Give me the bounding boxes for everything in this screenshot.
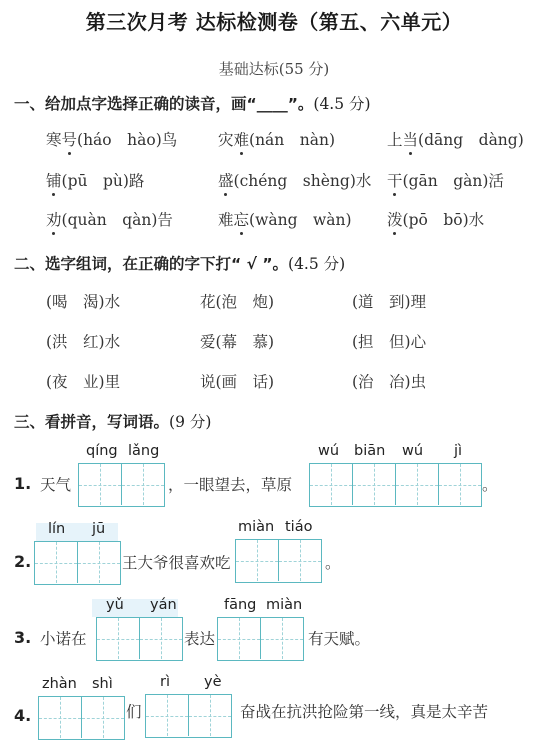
section-2-heading: 二、选字组词，在正确的字下打“ √ ”。(4.5 分) [14,252,345,274]
pinyin-choice-item[interactable]: 盛(chéng shèng)水 [218,169,371,191]
item-prefix: 寒 [46,131,62,149]
pinyin-choice-item[interactable]: 泼(pō bō)水 [387,208,484,230]
word-choice-item[interactable]: (夜 业)里 [46,370,120,392]
grid-cell[interactable] [396,464,439,505]
question-text: 。 [482,473,498,495]
word-choice-item[interactable]: (洪 红)水 [46,330,120,352]
dotted-char: 号 [62,128,78,150]
question-number: 4. [14,706,31,725]
dotted-char: 泼 [387,208,403,230]
item-prefix: 上 [387,131,403,149]
pinyin-choice-item[interactable]: 难忘(wàng wàn) [218,208,352,230]
writing-grid[interactable] [145,694,232,738]
dotted-char: 干 [387,169,403,191]
section-3-heading: 三、看拼音，写词语。(9 分) [14,410,211,432]
question-text: 王大爷很喜欢吃 [122,551,231,573]
grid-cell[interactable] [279,540,321,581]
pinyin-label: shì [92,676,113,692]
grid-cell[interactable] [146,695,189,736]
question-number: 2. [14,552,31,571]
grid-cell[interactable] [189,695,231,736]
pinyin-choice-item[interactable]: 劝(quàn qàn)告 [46,208,173,230]
pinyin-options: (chéng shèng) [234,172,356,190]
section-1-heading: 一、给加点字选择正确的读音，画“____”。(4.5 分) [14,92,371,114]
question-text: 天气 [40,473,71,495]
dotted-char: 难 [234,128,250,150]
dotted-char: 当 [403,128,419,150]
page-title: 第三次月考 达标检测卷（第五、六单元） [0,6,548,35]
pinyin-label: lǎng [128,443,159,459]
section-2-points: (4.5 分) [288,255,345,273]
grid-cell[interactable] [78,542,120,583]
pinyin-label: miàn [238,519,274,535]
writing-grid[interactable] [38,696,125,740]
grid-cell[interactable] [236,540,279,581]
grid-cell[interactable] [140,618,182,659]
dotted-char: 铺 [46,169,62,191]
pinyin-label: rì [160,674,170,690]
question-text: 奋战在抗洪抢险第一线，真是太辛苦 [240,700,488,722]
pinyin-label: yán [150,597,177,613]
dotted-char: 盛 [218,169,234,191]
pinyin-options: (nán nàn) [249,131,335,149]
writing-grid[interactable] [34,541,121,585]
pinyin-label: biān [354,443,385,459]
item-suffix: 活 [488,172,504,190]
word-choice-item[interactable]: (喝 渴)水 [46,290,120,312]
grid-cell[interactable] [97,618,140,659]
item-suffix: 告 [157,211,173,229]
writing-grid[interactable] [235,539,322,583]
section-1-heading-text: 一、给加点字选择正确的读音，画“____”。 [14,95,313,113]
word-choice-item[interactable]: (治 冶)虫 [352,370,426,392]
pinyin-label: yè [204,674,222,690]
grid-cell[interactable] [39,697,82,738]
pinyin-label: jū [92,521,105,537]
pinyin-label: wú [402,443,423,459]
question-number: 1. [14,474,31,493]
pinyin-choice-item[interactable]: 寒号(háo hào)鸟 [46,128,177,150]
grid-cell[interactable] [79,464,122,505]
grid-cell[interactable] [82,697,124,738]
word-choice-item[interactable]: (道 到)理 [352,290,426,312]
pinyin-options: (wàng wàn) [249,211,352,229]
pinyin-label: jì [454,443,462,459]
pinyin-label: zhàn [42,676,77,692]
section-3-points: (9 分) [169,413,211,431]
question-text: 表达 [184,627,215,649]
section-3-heading-text: 三、看拼音，写词语。 [14,413,169,431]
item-suffix: 水 [469,211,485,229]
item-prefix: 灾 [218,131,234,149]
word-choice-item[interactable]: (担 但)心 [352,330,426,352]
pinyin-options: (pō bō) [403,211,469,229]
writing-grid[interactable] [96,617,183,661]
pinyin-label: fāng [224,597,256,613]
pinyin-label: miàn [266,597,302,613]
question-number: 3. [14,628,31,647]
item-suffix: 鸟 [162,131,178,149]
dotted-char: 劝 [46,208,62,230]
pinyin-options: (quàn qàn) [62,211,158,229]
question-text: 小诺在 [40,627,87,649]
section-subtitle: 基础达标(55 分) [0,58,548,79]
word-choice-item[interactable]: 爱(幕 慕) [200,330,274,352]
word-choice-item[interactable]: 说(画 话) [200,370,274,392]
writing-grid[interactable] [309,463,482,507]
grid-cell[interactable] [218,618,261,659]
pinyin-options: (dāng dàng) [418,131,524,149]
grid-cell[interactable] [261,618,303,659]
pinyin-label: tiáo [285,519,312,535]
item-suffix: 路 [129,172,145,190]
item-prefix: 难 [218,211,234,229]
pinyin-choice-item[interactable]: 干(gān gàn)活 [387,169,504,191]
pinyin-label: wú [318,443,339,459]
question-text: ，一眼望去，草原 [168,473,292,495]
pinyin-choice-item[interactable]: 上当(dāng dàng) [387,128,524,150]
grid-cell[interactable] [439,464,481,505]
section-1-points: (4.5 分) [313,95,370,113]
pinyin-options: (háo hào) [77,131,162,149]
question-text: 有天赋。 [308,627,370,649]
grid-cell[interactable] [353,464,396,505]
question-text: 们 [126,700,142,722]
grid-cell[interactable] [310,464,353,505]
grid-cell[interactable] [35,542,78,583]
section-2-heading-text: 二、选字组词，在正确的字下打“ √ ”。 [14,255,288,273]
pinyin-choice-item[interactable]: 灾难(nán nàn) [218,128,335,150]
pinyin-label: yǔ [106,597,124,613]
pinyin-choice-item[interactable]: 铺(pū pù)路 [46,169,144,191]
pinyin-label: lín [48,521,65,537]
question-text: 。 [325,551,341,573]
pinyin-options: (pū pù) [62,172,129,190]
pinyin-label: qíng [86,443,118,459]
writing-grid[interactable] [217,617,304,661]
grid-cell[interactable] [122,464,164,505]
word-choice-item[interactable]: 花(泡 炮) [200,290,274,312]
writing-grid[interactable] [78,463,165,507]
item-suffix: 水 [356,172,372,190]
pinyin-options: (gān gàn) [403,172,489,190]
dotted-char: 忘 [234,208,250,230]
